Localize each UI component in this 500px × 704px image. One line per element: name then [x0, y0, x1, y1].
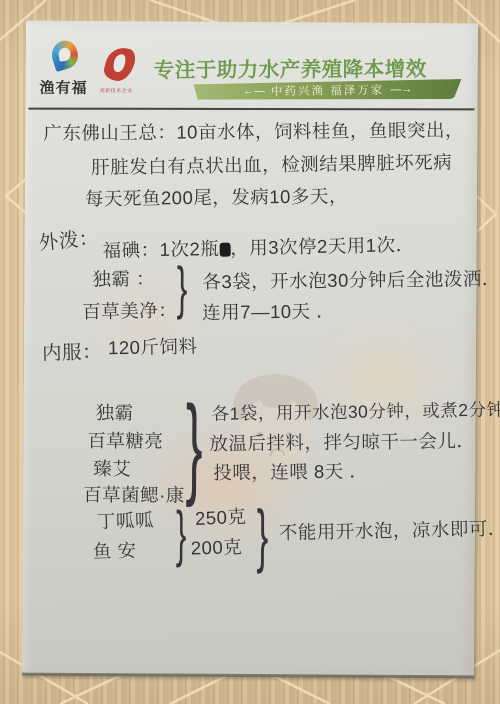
internal-section-label: 内服：: [42, 336, 103, 366]
hightech-label: 高新技术企业: [100, 87, 133, 94]
cold-note: 不能用开水泡，凉水即可．: [279, 515, 500, 546]
ribbon-arrow-left: ←—: [243, 85, 265, 97]
case-line-1: 广东佛山王总：10亩水体，饲料桂鱼，鱼眼突出，: [43, 116, 464, 145]
cold-product-1-amount: 250克: [194, 503, 247, 531]
external-group-brace: }: [177, 260, 188, 318]
external-group-line1: 各3袋，开水泡30分钟后全池泼洒．: [202, 265, 500, 294]
external-item1-text-b: ，用3次停2天用1次．: [230, 234, 415, 259]
header: 渔有福 高新技术企业 专注于助力水产养殖降本增效 ←— 中药兴渔 福泽万家 —→: [25, 27, 478, 114]
yuyoufu-logo-icon: [52, 41, 82, 73]
internal-product: 臻艾: [93, 455, 131, 481]
hightech-flame-icon: [102, 47, 140, 87]
external-section-label: 外泼：: [37, 222, 99, 256]
internal-group-brace: }: [185, 390, 203, 502]
external-item2-name: 独霸 ：: [92, 265, 155, 292]
case-line-2: 肝脏发白有点状出血，检测结果脾脏坏死病: [91, 148, 452, 179]
external-item1: 福碘：1次2瓶，用3次停2天用1次．: [102, 231, 414, 263]
external-item1-text-a: 1次2瓶: [159, 238, 219, 260]
cold-amount-brace: }: [176, 504, 187, 566]
cold-note-brace: }: [256, 500, 268, 570]
cold-product-1-name: 丁呱呱: [97, 506, 155, 534]
internal-instr-1: 各1袋，用开水泡30分钟，或煮2分钟: [211, 396, 500, 425]
internal-feed: 120斤饲料: [108, 333, 198, 361]
yuyoufu-logo-label: 渔有福: [40, 77, 88, 98]
internal-product: 百草糖亮: [87, 427, 163, 453]
header-slogan: 专注于助力水产养殖降本增效: [154, 52, 472, 83]
external-item3-name: 百草美净：: [82, 296, 178, 324]
cold-product-2-name: 鱼 安: [92, 537, 136, 564]
internal-instr-2: 放温后拌料，拌匀晾干一会儿．: [209, 427, 475, 456]
ribbon-arrow-right: —→: [390, 84, 412, 96]
ink-blot: [219, 243, 230, 257]
internal-product: 独霸: [96, 399, 134, 425]
note-paper: 渔有福 高新技术企业 专注于助力水产养殖降本增效 ←— 中药兴渔 福泽万家 —→…: [22, 21, 478, 677]
internal-instr-3: 投喂，连喂 8天 ．: [213, 457, 368, 485]
ribbon-text: 中药兴渔 福泽万家: [271, 82, 384, 99]
internal-product: 百草菌鳃·康: [83, 481, 185, 508]
external-group-line2: 连用7—10天 ．: [202, 297, 335, 325]
case-line-3: 每天死鱼200尾，发病10多天，: [85, 182, 348, 211]
cold-product-2-amount: 200克: [190, 533, 242, 560]
external-item1-name: 福碘：: [102, 239, 159, 261]
